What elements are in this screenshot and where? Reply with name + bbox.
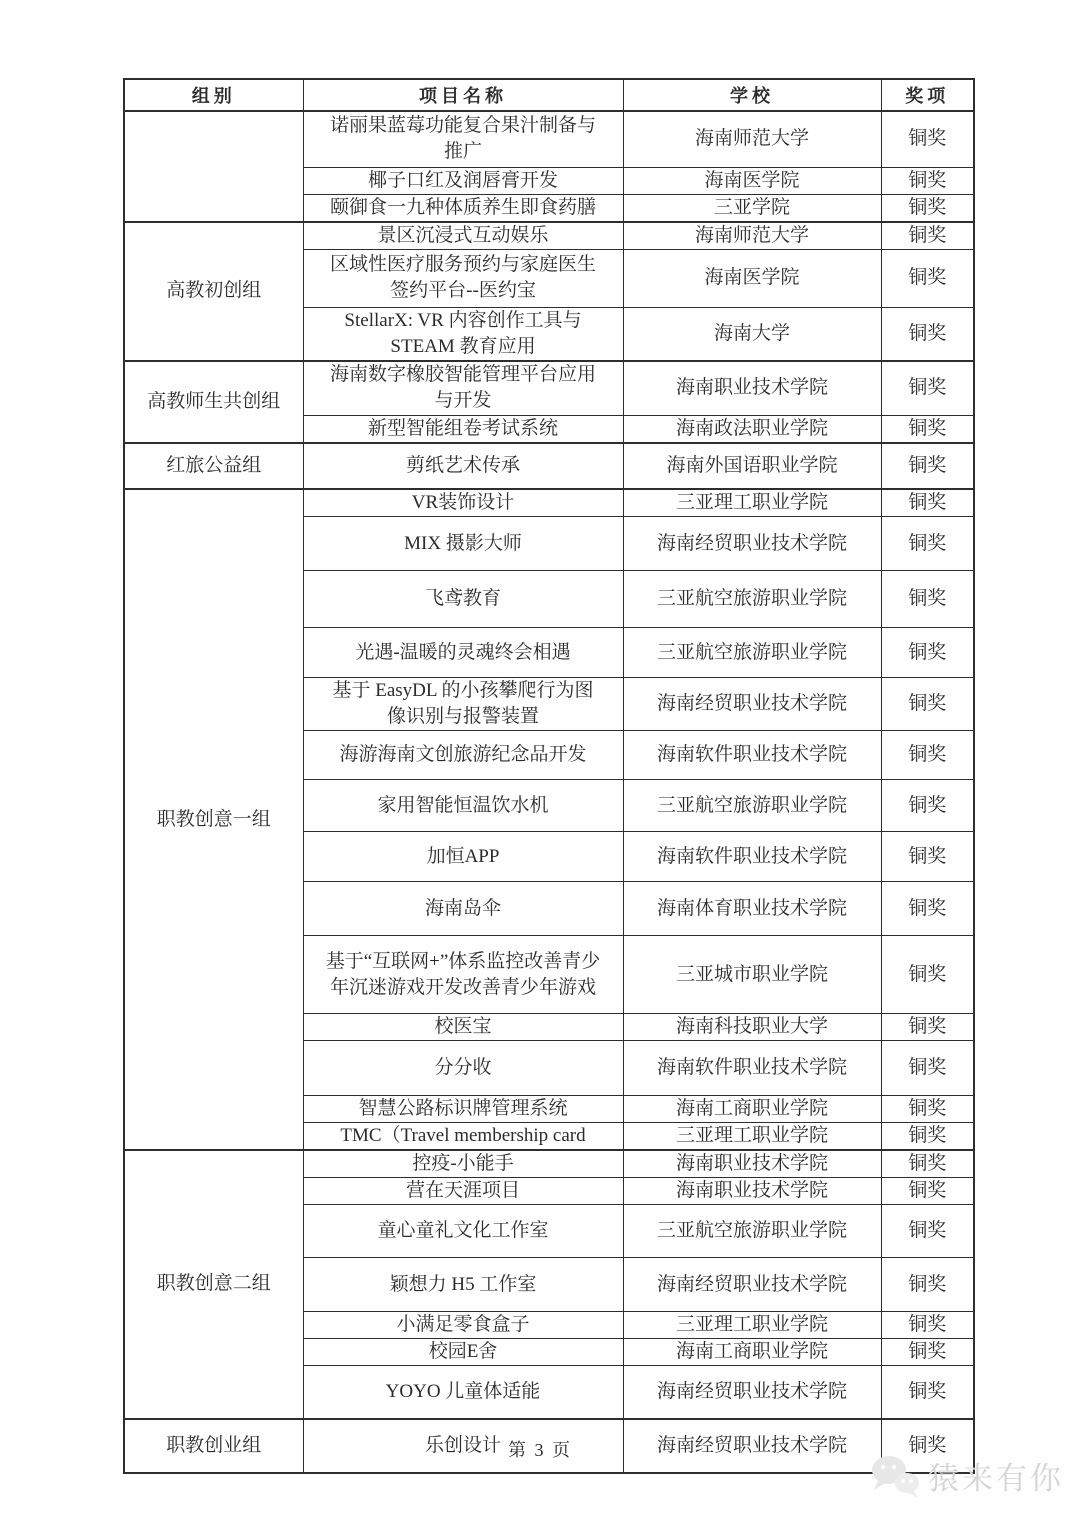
award-cell: 铜奖 xyxy=(881,1339,974,1366)
school-cell: 海南工商职业学院 xyxy=(623,1339,881,1366)
table-row: 职教创意二组控疫-小能手海南职业技术学院铜奖 xyxy=(124,1150,974,1178)
award-cell: 铜奖 xyxy=(881,882,974,936)
award-cell: 铜奖 xyxy=(881,1123,974,1151)
project-cell: 小满足零食盒子 xyxy=(303,1312,623,1339)
school-cell: 海南软件职业技术学院 xyxy=(623,832,881,882)
project-cell: 颖想力 H5 工作室 xyxy=(303,1258,623,1312)
project-cell: 椰子口红及润唇膏开发 xyxy=(303,167,623,194)
project-cell: 营在天涯项目 xyxy=(303,1178,623,1205)
project-cell: MIX 摄影大师 xyxy=(303,517,623,571)
award-cell: 铜奖 xyxy=(881,628,974,678)
award-cell: 铜奖 xyxy=(881,416,974,444)
project-cell: 景区沉浸式互动娱乐 xyxy=(303,222,623,250)
project-cell: 童心童礼文化工作室 xyxy=(303,1205,623,1258)
table-header: 组别 项目名称 学校 奖项 xyxy=(124,79,974,111)
school-cell: 海南体育职业技术学院 xyxy=(623,882,881,936)
school-cell: 三亚理工职业学院 xyxy=(623,489,881,517)
school-cell: 海南工商职业学院 xyxy=(623,1096,881,1123)
award-cell: 铜奖 xyxy=(881,1258,974,1312)
award-cell: 铜奖 xyxy=(881,780,974,832)
group-cell: 红旅公益组 xyxy=(124,443,303,489)
project-cell: YOYO 儿童体适能 xyxy=(303,1366,623,1419)
award-cell: 铜奖 xyxy=(881,361,974,416)
award-cell: 铜奖 xyxy=(881,443,974,489)
group-cell: 职教创意二组 xyxy=(124,1150,303,1419)
award-cell: 铜奖 xyxy=(881,678,974,731)
project-cell: VR装饰设计 xyxy=(303,489,623,517)
award-cell: 铜奖 xyxy=(881,111,974,167)
school-cell: 海南医学院 xyxy=(623,249,881,307)
school-cell: 海南大学 xyxy=(623,307,881,361)
school-cell: 海南师范大学 xyxy=(623,111,881,167)
header-group: 组别 xyxy=(124,79,303,111)
award-cell: 铜奖 xyxy=(881,1205,974,1258)
award-cell: 铜奖 xyxy=(881,832,974,882)
table-row: 高教师生共创组海南数字橡胶智能管理平台应用与开发海南职业技术学院铜奖 xyxy=(124,361,974,416)
school-cell: 三亚航空旅游职业学院 xyxy=(623,1205,881,1258)
school-cell: 三亚城市职业学院 xyxy=(623,936,881,1014)
header-school: 学校 xyxy=(623,79,881,111)
award-cell: 铜奖 xyxy=(881,1178,974,1205)
award-cell: 铜奖 xyxy=(881,1096,974,1123)
project-cell: 诺丽果蓝莓功能复合果汁制备与推广 xyxy=(303,111,623,167)
school-cell: 海南医学院 xyxy=(623,167,881,194)
project-cell: 基于“互联网+”体系监控改善青少年沉迷游戏开发改善青少年游戏 xyxy=(303,936,623,1014)
header-award: 奖项 xyxy=(881,79,974,111)
school-cell: 海南职业技术学院 xyxy=(623,1178,881,1205)
award-cell: 铜奖 xyxy=(881,222,974,250)
school-cell: 海南经贸职业技术学院 xyxy=(623,1258,881,1312)
project-cell: 飞鸢教育 xyxy=(303,571,623,628)
wechat-bubbles-icon xyxy=(868,1450,922,1500)
group-cell: 高教初创组 xyxy=(124,222,303,361)
project-cell: 新型智能组卷考试系统 xyxy=(303,416,623,444)
school-cell: 三亚学院 xyxy=(623,194,881,222)
table-row: 高教初创组景区沉浸式互动娱乐海南师范大学铜奖 xyxy=(124,222,974,250)
school-cell: 海南师范大学 xyxy=(623,222,881,250)
school-cell: 三亚理工职业学院 xyxy=(623,1123,881,1151)
school-cell: 三亚理工职业学院 xyxy=(623,1312,881,1339)
project-cell: TMC（Travel membership card xyxy=(303,1123,623,1151)
award-cell: 铜奖 xyxy=(881,1366,974,1419)
project-cell: 校医宝 xyxy=(303,1014,623,1041)
school-cell: 海南外国语职业学院 xyxy=(623,443,881,489)
table-row: 红旅公益组剪纸艺术传承海南外国语职业学院铜奖 xyxy=(124,443,974,489)
project-cell: 分分收 xyxy=(303,1041,623,1096)
project-cell: 海游海南文创旅游纪念品开发 xyxy=(303,731,623,780)
group-cell: 高教师生共创组 xyxy=(124,361,303,444)
awards-table: 组别 项目名称 学校 奖项 诺丽果蓝莓功能复合果汁制备与推广海南师范大学铜奖椰子… xyxy=(123,78,975,1474)
project-cell: 校园E舍 xyxy=(303,1339,623,1366)
school-cell: 海南政法职业学院 xyxy=(623,416,881,444)
project-cell: 基于 EasyDL 的小孩攀爬行为图像识别与报警装置 xyxy=(303,678,623,731)
school-cell: 三亚航空旅游职业学院 xyxy=(623,571,881,628)
award-cell: 铜奖 xyxy=(881,489,974,517)
school-cell: 海南职业技术学院 xyxy=(623,1150,881,1178)
school-cell: 海南科技职业大学 xyxy=(623,1014,881,1041)
header-project: 项目名称 xyxy=(303,79,623,111)
watermark: 猿来有你 xyxy=(868,1450,1064,1500)
project-cell: 智慧公路标识牌管理系统 xyxy=(303,1096,623,1123)
group-cell: 职教创意一组 xyxy=(124,489,303,1150)
award-cell: 铜奖 xyxy=(881,307,974,361)
award-cell: 铜奖 xyxy=(881,731,974,780)
watermark-text: 猿来有你 xyxy=(928,1453,1064,1498)
project-cell: 控疫-小能手 xyxy=(303,1150,623,1178)
award-cell: 铜奖 xyxy=(881,936,974,1014)
project-cell: StellarX: VR 内容创作工具与 STEAM 教育应用 xyxy=(303,307,623,361)
project-cell: 区域性医疗服务预约与家庭医生签约平台--医约宝 xyxy=(303,249,623,307)
project-cell: 海南岛伞 xyxy=(303,882,623,936)
award-cell: 铜奖 xyxy=(881,1041,974,1096)
school-cell: 海南经贸职业技术学院 xyxy=(623,1366,881,1419)
school-cell: 三亚航空旅游职业学院 xyxy=(623,628,881,678)
document-page: 组别 项目名称 学校 奖项 诺丽果蓝莓功能复合果汁制备与推广海南师范大学铜奖椰子… xyxy=(0,0,1080,1526)
award-cell: 铜奖 xyxy=(881,249,974,307)
project-cell: 剪纸艺术传承 xyxy=(303,443,623,489)
award-cell: 铜奖 xyxy=(881,1150,974,1178)
school-cell: 三亚航空旅游职业学院 xyxy=(623,780,881,832)
table-row: 职教创意一组VR装饰设计三亚理工职业学院铜奖 xyxy=(124,489,974,517)
award-cell: 铜奖 xyxy=(881,167,974,194)
table-row: 诺丽果蓝莓功能复合果汁制备与推广海南师范大学铜奖 xyxy=(124,111,974,167)
group-cell xyxy=(124,111,303,222)
table-body: 诺丽果蓝莓功能复合果汁制备与推广海南师范大学铜奖椰子口红及润唇膏开发海南医学院铜… xyxy=(124,111,974,1473)
award-cell: 铜奖 xyxy=(881,517,974,571)
school-cell: 海南经贸职业技术学院 xyxy=(623,517,881,571)
award-cell: 铜奖 xyxy=(881,1014,974,1041)
project-cell: 加恒APP xyxy=(303,832,623,882)
header-row: 组别 项目名称 学校 奖项 xyxy=(124,79,974,111)
project-cell: 颐御食一九种体质养生即食药膳 xyxy=(303,194,623,222)
school-cell: 海南软件职业技术学院 xyxy=(623,1041,881,1096)
award-cell: 铜奖 xyxy=(881,571,974,628)
award-cell: 铜奖 xyxy=(881,1312,974,1339)
project-cell: 海南数字橡胶智能管理平台应用与开发 xyxy=(303,361,623,416)
project-cell: 光遇-温暖的灵魂终会相遇 xyxy=(303,628,623,678)
school-cell: 海南软件职业技术学院 xyxy=(623,731,881,780)
school-cell: 海南经贸职业技术学院 xyxy=(623,678,881,731)
project-cell: 家用智能恒温饮水机 xyxy=(303,780,623,832)
award-cell: 铜奖 xyxy=(881,194,974,222)
school-cell: 海南职业技术学院 xyxy=(623,361,881,416)
